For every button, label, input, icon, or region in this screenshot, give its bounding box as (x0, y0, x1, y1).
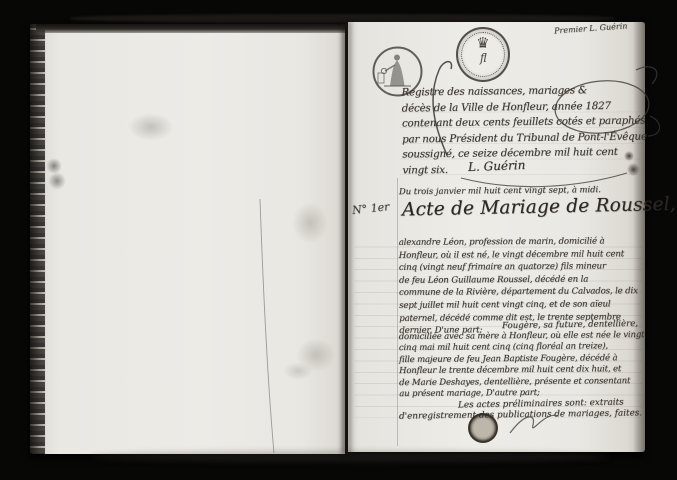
page-crease-line (250, 195, 284, 457)
crowned-cipher-stamp: ♛ fl (456, 27, 510, 82)
paper-stain (128, 113, 174, 141)
ink-blot (468, 413, 498, 443)
ink-spot (624, 151, 634, 161)
scanned-register-page: Premier L. Guérin ♛ fl Registre des nais… (0, 0, 677, 480)
royal-cipher: fl (458, 51, 508, 65)
bride-paragraph: domiciliée avec sa mère à Honfleur, où e… (399, 330, 650, 401)
paper-stain (48, 172, 66, 190)
crown-icon: ♛ (458, 34, 508, 52)
handwritten-line: sept juillet mil huit cent vingt cinq, e… (399, 298, 645, 312)
previous-page-edge-band (36, 24, 348, 33)
ink-spot (627, 163, 640, 176)
book-gutter (345, 22, 348, 454)
ink-blot-flourish (505, 405, 567, 441)
paper-stain (283, 362, 313, 380)
margin-rule-line (397, 178, 398, 446)
paper-stain (292, 202, 328, 244)
left-page-edge (30, 24, 45, 454)
handwritten-line: Honfleur, où il est né, le vingt décembr… (399, 248, 645, 262)
scan-bottom-blur (90, 451, 610, 462)
